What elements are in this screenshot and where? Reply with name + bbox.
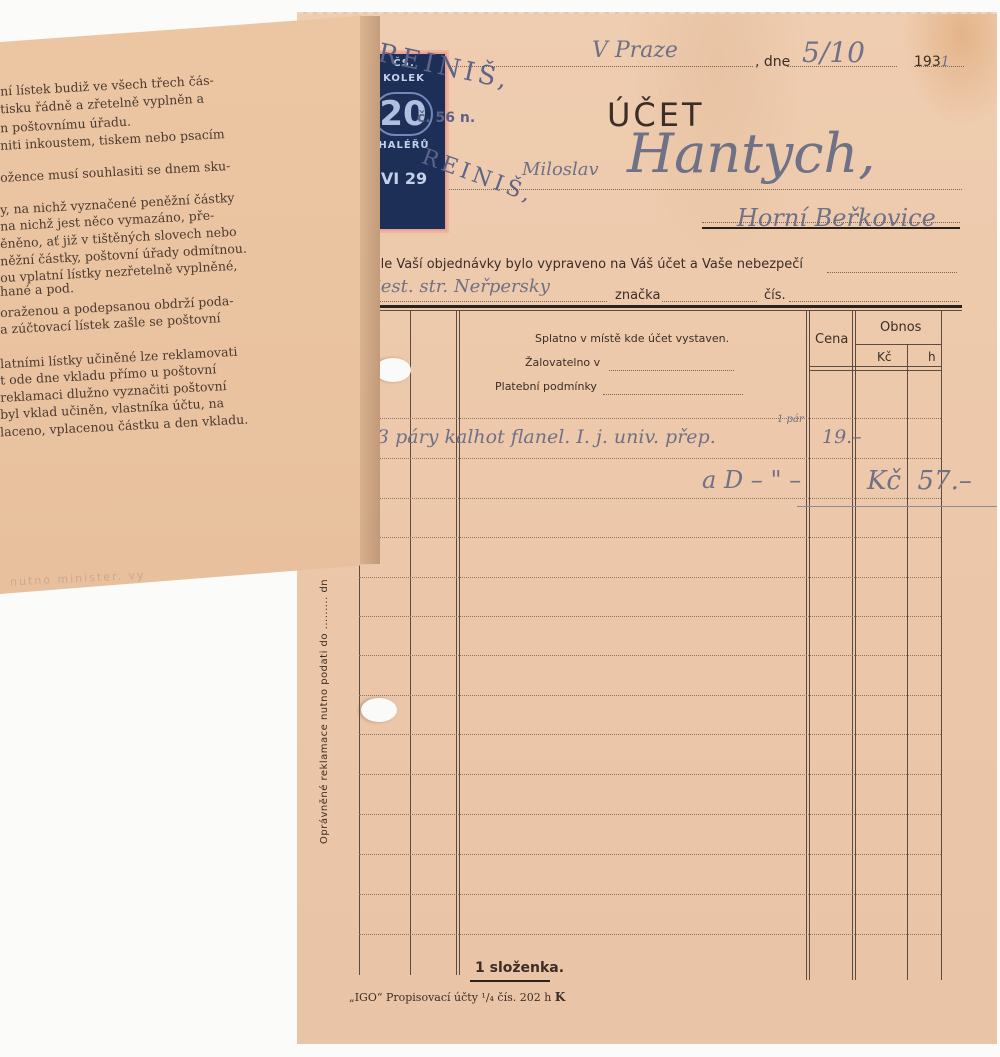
column-line	[941, 310, 942, 980]
row-line	[359, 577, 941, 578]
row-line	[359, 458, 941, 459]
jurisdiction-line	[609, 370, 734, 371]
payment-slip-note: 1 složenka.	[475, 960, 564, 976]
row-line	[359, 695, 941, 696]
shipping-line	[357, 301, 607, 302]
printer-imprint: „IGO“ Propisovací účty ¹/₄ čís. 202 h K	[349, 990, 565, 1004]
year-line	[914, 66, 964, 67]
unit-note: 1 pár	[777, 414, 804, 425]
total-currency: Kč	[867, 466, 901, 496]
column-line	[410, 310, 411, 975]
order-line	[827, 272, 957, 273]
payment-slip-underline	[470, 980, 550, 982]
year-handwritten: 1	[941, 54, 950, 70]
column-line	[456, 310, 457, 975]
folded-instruction-sheet: ní lístek budiž ve všech třech čás- tisk…	[0, 16, 380, 594]
mark-label: značka	[615, 288, 660, 303]
total-value: 57.–	[918, 466, 972, 496]
address-underline	[702, 227, 960, 229]
row-line	[359, 854, 941, 855]
header-bottom-line	[809, 370, 941, 371]
column-line	[855, 310, 856, 980]
jurisdiction-label: Žalovatelno v	[525, 356, 600, 369]
column-line	[852, 310, 853, 980]
obnos-divider	[855, 344, 941, 345]
total-amount: Kč 57.–	[867, 466, 972, 496]
payment-terms-label: Platební podmínky	[495, 380, 597, 393]
header-rule-thick	[367, 305, 962, 308]
date-label: , dne	[755, 54, 790, 70]
row-line	[359, 537, 941, 538]
number-line	[789, 301, 959, 302]
row-line	[359, 774, 941, 775]
payment-terms-line	[603, 394, 743, 395]
row-line	[359, 734, 941, 735]
punch-hole	[361, 698, 397, 722]
order-statement: Podle Vaší objednávky bylo vypraveno na …	[357, 257, 803, 272]
column-line	[459, 310, 460, 975]
price-column-header: Cena	[815, 332, 848, 347]
address-dotted-line	[702, 222, 960, 223]
header-bottom-line	[809, 366, 941, 367]
total-underline	[797, 506, 997, 507]
row-line	[359, 934, 941, 935]
crowns-column-header: Kč	[877, 350, 891, 364]
column-line	[806, 310, 807, 980]
complaint-notice: Oprávněné reklamace nutno podati do ....…	[319, 579, 330, 844]
row-line	[359, 498, 941, 499]
column-line	[809, 310, 810, 980]
shipping-handwritten: Cest. str. Neřpersky	[367, 276, 550, 297]
row-line	[359, 418, 941, 419]
line-item-description: 3 páry kalhot flanel. I. j. univ. přep.	[377, 426, 716, 448]
row-line	[359, 616, 941, 617]
payable-note: Splatno v místě kde účet vystaven.	[535, 332, 729, 345]
total-note: a D – " –	[702, 466, 801, 494]
row-line	[359, 655, 941, 656]
date-handwritten: 5/10	[802, 36, 865, 69]
recipient-line	[372, 189, 962, 190]
mark-line	[662, 301, 757, 302]
row-line	[359, 894, 941, 895]
recipient-surname: Hantych,	[627, 122, 875, 185]
punch-hole	[375, 358, 411, 382]
year-printed: 193	[914, 54, 941, 70]
column-line	[907, 344, 908, 980]
row-line	[359, 814, 941, 815]
recipient-first-name: Miloslav	[522, 159, 599, 180]
amount-column-header: Obnos	[880, 320, 921, 335]
cancellation-stamp-number: č. 56 n.	[417, 110, 475, 126]
faint-text: nutno minister. vy	[10, 568, 146, 588]
place-handwritten: V Praze	[592, 38, 678, 63]
fold-shadow	[360, 16, 380, 564]
year-label: 1931	[914, 54, 950, 70]
line-item-price: 19.–	[822, 426, 862, 448]
number-label: čís.	[764, 288, 786, 303]
hellers-column-header: h	[928, 350, 936, 364]
invoice-sheet: V Praze , dne 5/10 1931 ÚČET Miloslav Ha…	[297, 12, 997, 1044]
